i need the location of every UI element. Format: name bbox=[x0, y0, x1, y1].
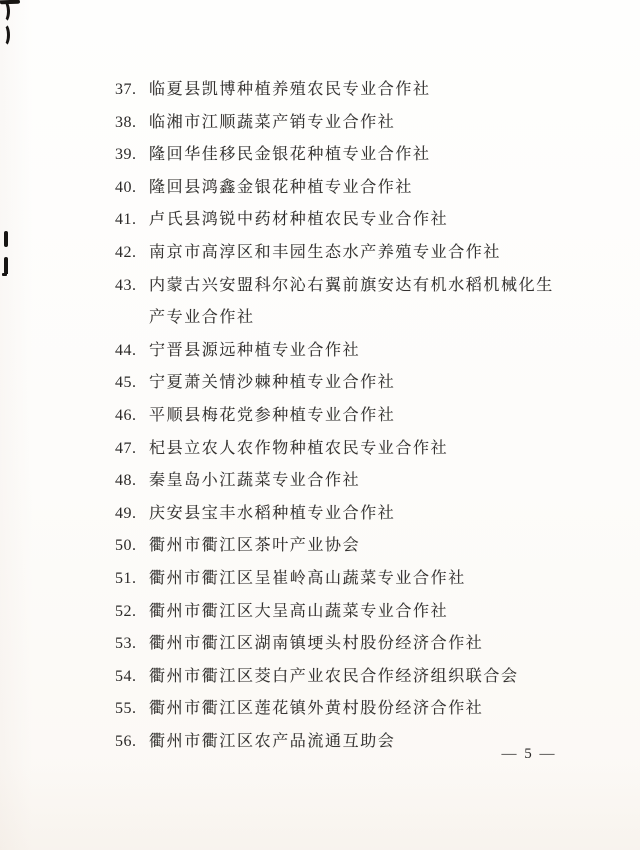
item-number: 41. bbox=[115, 204, 149, 237]
item-text: 隆回县鸿鑫金银花种植专业合作社 bbox=[149, 172, 413, 205]
item-text: 庆安县宝丰水稻种植专业合作社 bbox=[149, 498, 395, 531]
item-text: 宁夏萧关情沙棘种植专业合作社 bbox=[149, 367, 395, 400]
item-number: 55. bbox=[115, 693, 149, 726]
item-text: 平顺县梅花党参种植专业合作社 bbox=[149, 400, 395, 433]
item-text: 衢州市衢江区莲花镇外黄村股份经济合作社 bbox=[149, 693, 483, 726]
item-number: 43. bbox=[115, 270, 149, 303]
item-number: 44. bbox=[115, 335, 149, 368]
item-text: 宁晋县源远种植专业合作社 bbox=[149, 335, 360, 368]
list-item: 37. 临夏县凯博种植养殖农民专业合作社 bbox=[115, 74, 570, 107]
item-text: 秦皇岛小江蔬菜专业合作社 bbox=[149, 465, 360, 498]
item-number: 54. bbox=[115, 661, 149, 694]
document-body: 37. 临夏县凯博种植养殖农民专业合作社 38. 临湘市江顺蔬菜产销专业合作社 … bbox=[0, 0, 640, 850]
page-number: — 5 — bbox=[488, 746, 570, 763]
item-number: 51. bbox=[115, 563, 149, 596]
list-item: 40. 隆回县鸿鑫金银花种植专业合作社 bbox=[115, 172, 570, 205]
item-number: 39. bbox=[115, 139, 149, 172]
item-number: 42. bbox=[115, 237, 149, 270]
item-text: 衢州市衢江区农产品流通互助会 bbox=[149, 726, 395, 759]
list-item: 45. 宁夏萧关情沙棘种植专业合作社 bbox=[115, 367, 570, 400]
item-text: 隆回华佳移民金银花种植专业合作社 bbox=[149, 139, 431, 172]
list-item: 46. 平顺县梅花党参种植专业合作社 bbox=[115, 400, 570, 433]
item-number: 37. bbox=[115, 74, 149, 107]
item-text: 衢州市衢江区湖南镇埂头村股份经济合作社 bbox=[149, 628, 483, 661]
list-item: 47. 杞县立农人农作物种植农民专业合作社 bbox=[115, 433, 570, 466]
list-item: 49. 庆安县宝丰水稻种植专业合作社 bbox=[115, 498, 570, 531]
item-text: 临夏县凯博种植养殖农民专业合作社 bbox=[149, 74, 431, 107]
scanned-document-page: { "document": { "page_number": "— 5 —", … bbox=[0, 0, 640, 850]
list-item: 39. 隆回华佳移民金银花种植专业合作社 bbox=[115, 139, 570, 172]
scan-binding-mark-2 bbox=[4, 257, 8, 274]
list-item: 48. 秦皇岛小江蔬菜专业合作社 bbox=[115, 465, 570, 498]
item-text: 衢州市衢江区茭白产业农民合作经济组织联合会 bbox=[149, 661, 519, 694]
list-item: 50. 衢州市衢江区茶叶产业协会 bbox=[115, 530, 570, 563]
item-number: 45. bbox=[115, 367, 149, 400]
item-number: 38. bbox=[115, 107, 149, 140]
list-item: 43. 内蒙古兴安盟科尔沁右翼前旗安达有机水稻机械化生产专业合作社 bbox=[115, 270, 570, 335]
item-number: 48. bbox=[115, 465, 149, 498]
item-text: 衢州市衢江区呈崔岭高山蔬菜专业合作社 bbox=[149, 563, 466, 596]
item-text: 卢氏县鸿锐中药材种植农民专业合作社 bbox=[149, 204, 448, 237]
item-number: 47. bbox=[115, 433, 149, 466]
list-item: 41. 卢氏县鸿锐中药材种植农民专业合作社 bbox=[115, 204, 570, 237]
item-number: 53. bbox=[115, 628, 149, 661]
list-item: 55. 衢州市衢江区莲花镇外黄村股份经济合作社 bbox=[115, 693, 570, 726]
item-number: 49. bbox=[115, 498, 149, 531]
item-text: 南京市高淳区和丰园生态水产养殖专业合作社 bbox=[149, 237, 501, 270]
list-item: 53. 衢州市衢江区湖南镇埂头村股份经济合作社 bbox=[115, 628, 570, 661]
item-number: 56. bbox=[115, 726, 149, 759]
list-item: 52. 衢州市衢江区大呈高山蔬菜专业合作社 bbox=[115, 596, 570, 629]
item-number: 46. bbox=[115, 400, 149, 433]
list-item: 38. 临湘市江顺蔬菜产销专业合作社 bbox=[115, 107, 570, 140]
list-item: 51. 衢州市衢江区呈崔岭高山蔬菜专业合作社 bbox=[115, 563, 570, 596]
list-item: 44. 宁晋县源远种植专业合作社 bbox=[115, 335, 570, 368]
item-text: 内蒙古兴安盟科尔沁右翼前旗安达有机水稻机械化生产专业合作社 bbox=[149, 270, 570, 335]
list-item: 42. 南京市高淳区和丰园生态水产养殖专业合作社 bbox=[115, 237, 570, 270]
item-number: 52. bbox=[115, 596, 149, 629]
item-number: 50. bbox=[115, 530, 149, 563]
item-text: 衢州市衢江区大呈高山蔬菜专业合作社 bbox=[149, 596, 448, 629]
scan-smudge-top-left bbox=[0, 0, 20, 4]
item-text: 衢州市衢江区茶叶产业协会 bbox=[149, 530, 360, 563]
item-text: 临湘市江顺蔬菜产销专业合作社 bbox=[149, 107, 395, 140]
item-text: 杞县立农人农作物种植农民专业合作社 bbox=[149, 433, 448, 466]
item-number: 40. bbox=[115, 172, 149, 205]
list-item: 54. 衢州市衢江区茭白产业农民合作经济组织联合会 bbox=[115, 661, 570, 694]
scan-binding-mark-1 bbox=[4, 231, 8, 247]
